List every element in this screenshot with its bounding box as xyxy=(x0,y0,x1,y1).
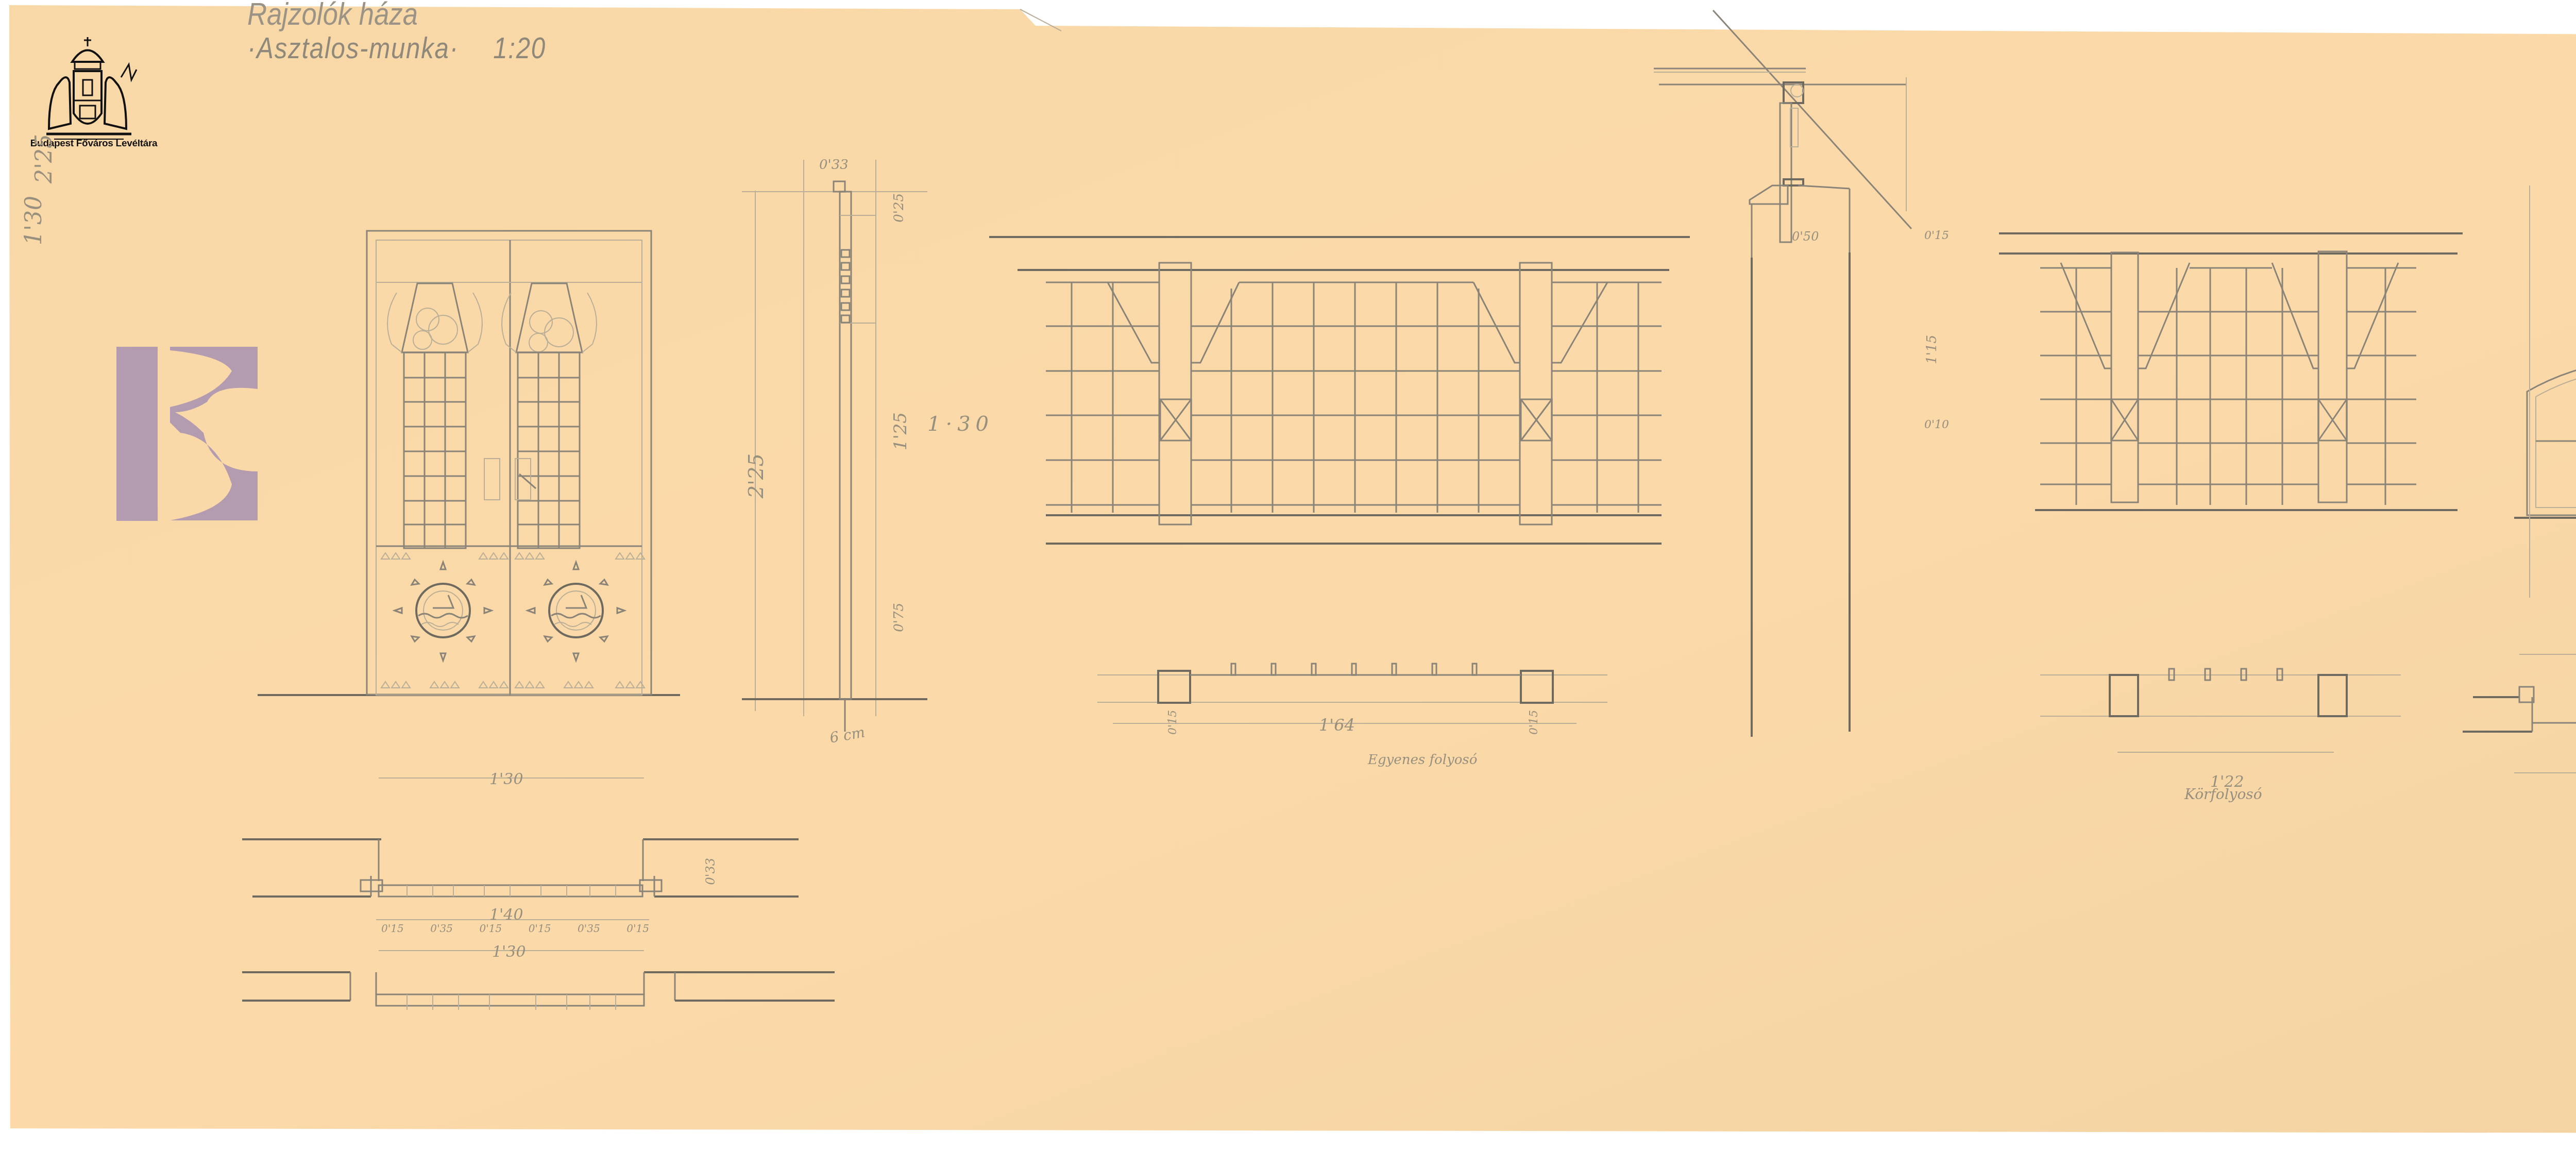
door-section-dim-3: 0'75 xyxy=(891,603,907,632)
segment: 0'15 xyxy=(529,922,551,935)
paper-sheet xyxy=(9,5,2576,1134)
segment: 0'15 xyxy=(480,922,502,935)
door-plan-inner-width: 1'40 xyxy=(489,906,523,924)
title-line-1: Rajzolók háza xyxy=(247,0,418,32)
window-large-plan-dim-right: 0'15 xyxy=(1528,710,1540,735)
door-height-dim: 2'25 xyxy=(744,453,768,498)
window-medium-caption: Körfolyosó xyxy=(2184,786,2262,803)
margin-note-top: 2'25 xyxy=(31,134,57,183)
segment: 0'15 xyxy=(626,922,649,935)
wall-section-dim-2: 0'15 xyxy=(1924,229,1949,242)
wall-section-dim-4: 0'10 xyxy=(1924,418,1949,431)
door-section-dim-2: 1'25 xyxy=(890,412,911,450)
segment: 0'35 xyxy=(430,922,453,935)
window-large-plan-dim-left: 0'15 xyxy=(1166,710,1179,735)
wall-section-dim-1: 0'50 xyxy=(1792,229,1819,244)
window-large-plan-dim-centre: 1'64 xyxy=(1319,715,1355,735)
door-section-overall: 1·30 xyxy=(927,412,994,436)
segment: 0'35 xyxy=(578,922,600,935)
title-line-2: ·Asztalos-munka· 1:20 xyxy=(247,31,546,65)
door-plan-segments: 0'15 0'35 0'15 0'15 0'35 0'15 xyxy=(381,922,649,935)
title-subject: ·Asztalos-munka· xyxy=(247,31,459,65)
wall-section-dim-3: 1'15 xyxy=(1924,335,1940,364)
door-plan-lower-width: 1'30 xyxy=(492,943,526,961)
segment: 0'15 xyxy=(381,922,404,935)
title-scale: 1:20 xyxy=(493,31,546,65)
window-large-caption: Egyenes folyosó xyxy=(1368,752,1477,768)
door-section-dim-1: 0'25 xyxy=(891,193,907,223)
door-section-top-dim: 0'33 xyxy=(819,157,849,173)
drawing-canvas xyxy=(0,0,2576,1150)
door-overall-width: 1'30 xyxy=(489,770,523,788)
margin-note-bottom: 1'30 xyxy=(21,196,47,245)
drawing-sheet: Budapest Főváros Levéltára Rajzolók háza… xyxy=(0,0,2576,1150)
door-plan-depth: 0'33 xyxy=(703,858,718,885)
